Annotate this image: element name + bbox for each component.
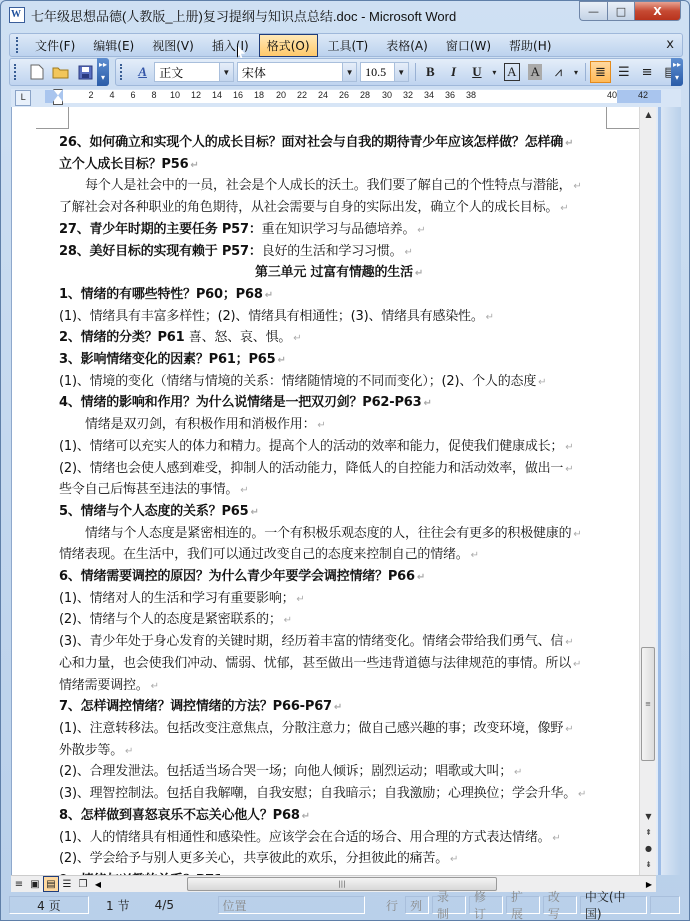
- question-heading: 6、情绪需要调控的原因？为什么青少年要学会调控情绪？P66↵: [59, 567, 619, 589]
- status-page[interactable]: 4 页: [9, 896, 89, 914]
- paragraph-mark-icon: ↵: [565, 724, 573, 735]
- ruler-tick: 24: [318, 90, 328, 100]
- paragraph-mark-icon: ↵: [423, 398, 431, 409]
- paragraph-text: 外散步等。: [59, 743, 123, 758]
- paragraph-text: (2)、情绪也会使人感到难受，抑制人的活动能力，降低人的自控能力和活动效率，做出…: [59, 461, 563, 476]
- question-heading: 28、美好目标的实现有赖于 P57：: [59, 244, 262, 259]
- question-heading: 1、情绪的有哪些特性？P60；P68↵: [59, 285, 619, 307]
- paragraph-mark-icon: ↵: [417, 225, 425, 236]
- style-select[interactable]: 正文 ▼: [154, 62, 234, 82]
- previous-page-button[interactable]: ⇞: [640, 825, 657, 841]
- paragraph-mark-icon: ↵: [125, 746, 133, 757]
- paragraph-text: 4、情绪的影响和作用？为什么说情绪是一把双刃剑？P62-P63: [59, 395, 421, 410]
- question-heading: 27、青少年时期的主要任务 P57：: [59, 222, 262, 237]
- paragraph-text: 每个人是社会中的一员，社会是个人成长的沃土。我们要了解自己的个性特点与潜能，: [85, 178, 571, 193]
- status-bar: 4 页 1 节 4/5 位置 行 列 录制 修订 扩展 改写 中文(中国): [9, 894, 683, 916]
- maximize-icon: □: [616, 5, 626, 18]
- paragraph-mark-icon: ↵: [317, 420, 325, 431]
- align-right-icon: ≡: [642, 65, 653, 80]
- close-button[interactable]: X: [635, 1, 681, 21]
- paragraph: 了解社会对各种职业的角色期待，从社会需要与自身的实际出发，确立个人的成长目标。↵: [59, 198, 619, 220]
- menu-view[interactable]: 视图(V): [144, 34, 202, 57]
- ruler-tick: 8: [151, 90, 156, 100]
- chevron-down-icon: ▼: [219, 63, 233, 81]
- menu-window[interactable]: 窗口(W): [438, 34, 499, 57]
- paragraph: 情绪是双刃剑，有积极作用和消极作用：↵: [59, 415, 619, 437]
- toolbar-options-button[interactable]: ▸▸▾: [671, 58, 683, 86]
- paragraph: (1)、注意转移法。包括改变注意焦点，分散注意力；做自己感兴趣的事；改变环境，像…: [59, 719, 619, 741]
- normal-view-button[interactable]: ≡: [11, 876, 27, 892]
- ruler-tick: 34: [424, 90, 434, 100]
- new-document-button[interactable]: [26, 61, 48, 83]
- paragraph-text: (3)、青少年处于身心发育的关键时期，经历着丰富的情绪变化。情绪会带给我们勇气、…: [59, 634, 563, 649]
- ruler-tick: 18: [254, 90, 264, 100]
- paragraph-mark-icon: ↵: [334, 702, 342, 713]
- paragraph-text: 7、怎样调控情绪？调控情绪的方法？P66-P67: [59, 699, 332, 714]
- toolbar-separator: [415, 63, 416, 81]
- question-heading: 3、影响情绪变化的因素？P61；P65↵: [59, 350, 619, 372]
- maximize-button[interactable]: □: [607, 1, 635, 21]
- style-value: 正文: [159, 64, 183, 81]
- paragraph-mark-icon: ↵: [240, 485, 248, 496]
- page-corner-mark: [36, 107, 69, 129]
- ruler-tick: 2: [88, 90, 93, 100]
- paragraph-text: (1)、情境的变化（情绪与情境的关系：情绪随情境的不同而变化）；(2)、个人的态…: [59, 374, 536, 389]
- font-size-select[interactable]: 10.5 ▼: [360, 62, 409, 82]
- paragraph-text: (1)、注意转移法。包括改变注意焦点，分散注意力；做自己感兴趣的事；改变环境，像…: [59, 721, 563, 736]
- paragraph-text: (3)、理智控制法。包括自我解嘲，自我安慰；自我暗示；自我激励；心理换位；学会升…: [59, 786, 576, 801]
- paragraph-mark-icon: ↵: [578, 789, 586, 800]
- minimize-button[interactable]: —: [579, 1, 607, 21]
- menu-help[interactable]: 帮助(H): [501, 34, 559, 57]
- minimize-icon: —: [588, 5, 599, 18]
- styles-icon: A: [138, 64, 147, 80]
- character-scaling-dropdown[interactable]: ▾: [571, 61, 581, 83]
- paragraph-text: 立个人成长目标？P56: [59, 157, 188, 172]
- character-border-button[interactable]: A: [501, 61, 522, 83]
- status-extend[interactable]: 扩展: [506, 896, 540, 914]
- status-language[interactable]: 中文(中国): [580, 896, 647, 914]
- paragraph: (1)、情绪可以充实人的体力和精力。提高个人的活动的效率和能力，促使我们健康成长…: [59, 437, 619, 459]
- ruler-tick: 42: [638, 90, 648, 100]
- paragraph-mark-icon: ↵: [538, 377, 546, 388]
- paragraph-text: 26、如何确立和实现个人的成长目标？面对社会与自我的期待青少年应该怎样做？怎样确: [59, 135, 563, 150]
- status-track-changes[interactable]: 修订: [469, 896, 503, 914]
- align-center-icon: ☰: [618, 65, 630, 80]
- bold-icon: B: [426, 64, 435, 80]
- center-button[interactable]: ☰: [613, 61, 634, 83]
- paragraph-mark-icon: ↵: [415, 268, 423, 279]
- paragraph-mark-icon: ↵: [552, 833, 560, 844]
- menu-file[interactable]: 文件(F): [27, 34, 83, 57]
- ruler-tick: 28: [360, 90, 370, 100]
- paragraph: 2、情绪的分类？P61 喜、怒、哀、惧。↵: [59, 328, 619, 350]
- toolbar-grip-handle[interactable]: [14, 64, 17, 80]
- bold-button[interactable]: B: [420, 61, 441, 83]
- paragraph: (2)、合理发泄法。包括适当场合哭一场；向他人倾诉；剧烈运动；唱歌或大叫；↵: [59, 762, 619, 784]
- paragraph: 些令自己后悔甚至违法的事情。↵: [59, 480, 619, 502]
- reading-layout-button[interactable]: ❐: [75, 876, 91, 892]
- paragraph-mark-icon: ↵: [277, 355, 285, 366]
- paragraph: (2)、学会给予与别人更多关心，共享彼此的欢乐，分担彼此的痛苦。↵: [59, 849, 619, 871]
- new-document-icon: [30, 64, 44, 80]
- paragraph-text: 3、影响情绪变化的因素？P61；P65: [59, 352, 275, 367]
- open-folder-icon: [52, 65, 70, 79]
- scroll-down-arrow[interactable]: ▼: [640, 809, 657, 825]
- window-right-frame: [656, 107, 681, 875]
- paragraph-text: 情绪与个人态度是紧密相连的。一个有积极乐观态度的人，往往会有更多的积极健康的: [85, 526, 571, 541]
- close-document-button[interactable]: x: [666, 37, 674, 52]
- ruler-tick: 26: [339, 90, 349, 100]
- question-heading: 4、情绪的影响和作用？为什么说情绪是一把双刃剑？P62-P63↵: [59, 393, 619, 415]
- status-column: 列: [405, 896, 429, 914]
- ruler-tick: 4: [109, 90, 114, 100]
- paragraph-mark-icon: ↵: [565, 442, 573, 453]
- character-shading-button[interactable]: A: [525, 61, 546, 83]
- normal-view-icon: ≡: [15, 879, 23, 890]
- paragraph-text: 情绪表现。在生活中，我们可以通过改变自己的态度来控制自己的情绪。: [59, 547, 469, 562]
- italic-button[interactable]: I: [443, 61, 464, 83]
- question-heading: 立个人成长目标？P56↵: [59, 155, 619, 177]
- underline-icon: U: [472, 64, 481, 80]
- vertical-scrollbar[interactable]: ▲ ≡ ▼ ⇞ ● ⇟: [639, 107, 656, 875]
- paragraph-mark-icon: ↵: [573, 529, 581, 540]
- char-shading-icon: A: [528, 64, 541, 80]
- print-layout-icon: ▤: [46, 879, 55, 890]
- status-page-of: 4/5: [151, 896, 215, 914]
- ruler-tick: 36: [445, 90, 455, 100]
- paragraph-mark-icon: ↵: [417, 572, 425, 583]
- horizontal-ruler[interactable]: L 2 4 6 8 10 12 14 16 18 20 22 24 26 28 …: [11, 89, 681, 107]
- paragraph-mark-icon: ↵: [573, 659, 581, 670]
- paragraph-mark-icon: ↵: [565, 464, 573, 475]
- ruler-tick: 14: [212, 90, 222, 100]
- paragraph-text: 情绪是双刃剑，有积极作用和消极作用：: [85, 417, 315, 432]
- menu-insert[interactable]: 插入(I): [204, 34, 257, 57]
- menu-format[interactable]: 格式(O): [259, 34, 318, 57]
- print-layout-button[interactable]: ▤: [43, 876, 59, 892]
- ruler-tick: 38: [466, 90, 476, 100]
- scroll-right-arrow[interactable]: ▶: [646, 880, 652, 889]
- underline-button[interactable]: U: [466, 61, 487, 83]
- paragraph: 心和力量，也会使我们冲动、懦弱、忧郁，甚至做出一些违背道德与法律规范的事情。所以…: [59, 654, 619, 676]
- ruler-tick: 10: [170, 90, 180, 100]
- menu-edit[interactable]: 编辑(E): [85, 34, 142, 57]
- paragraph-mark-icon: ↵: [265, 290, 273, 301]
- paragraph-mark-icon: ↵: [573, 181, 581, 192]
- question-heading: 5、情绪与个人态度的关系？P65↵: [59, 502, 619, 524]
- tab-selector-button[interactable]: L: [15, 90, 31, 106]
- status-section: 1 节: [88, 896, 148, 914]
- outline-view-button[interactable]: ☰: [59, 876, 75, 892]
- reading-layout-icon: ❐: [79, 879, 88, 890]
- question-heading: 26、如何确立和实现个人的成长目标？面对社会与自我的期待青少年应该怎样做？怎样确…: [59, 133, 619, 155]
- paragraph-text: 情绪需要调控。: [59, 678, 149, 693]
- toolbar-separator: [585, 63, 586, 81]
- paragraph-text: (1)、情绪可以充实人的体力和精力。提高个人的活动的效率和能力，促使我们健康成长…: [59, 439, 563, 454]
- standard-toolbar: ▸▸▾: [9, 58, 109, 86]
- paragraph: (1)、情绪具有丰富多样性；(2)、情绪具有相通性；(3)、情绪具有感染性。↵: [59, 307, 619, 329]
- close-icon: X: [653, 5, 661, 18]
- menu-bar: 文件(F) 编辑(E) 视图(V) 插入(I) 格式(O) 工具(T) 表格(A…: [9, 33, 683, 57]
- paragraph-mark-icon: ↵: [190, 160, 198, 171]
- scroll-up-arrow[interactable]: ▲: [640, 107, 657, 123]
- window-title: 七年级思想品德(人教版_上册)复习提纲与知识点总结.doc - Microsof…: [31, 6, 456, 25]
- paragraph-text: 心和力量，也会使我们冲动、懦弱、忧郁，甚至做出一些违背道德与法律规范的事情。所以: [59, 656, 571, 671]
- ruler-tick: 40: [607, 90, 617, 100]
- ruler-tick: 6: [130, 90, 135, 100]
- paragraph: (1)、人的情绪具有相通性和感染性。应该学会在合适的场合、用合理的方式表达情绪。…: [59, 828, 619, 850]
- paragraph: 外散步等。↵: [59, 741, 619, 763]
- paragraph: (1)、情境的变化（情绪与情境的关系：情绪随情境的不同而变化）；(2)、个人的态…: [59, 372, 619, 394]
- resize-grip[interactable]: [650, 896, 680, 914]
- paragraph-text: (2)、情绪与个人的态度是紧密联系的；: [59, 612, 282, 627]
- select-browse-object-button[interactable]: ●: [640, 841, 657, 857]
- toolbar-grip-handle[interactable]: [120, 64, 123, 80]
- question-heading: 8、怎样做到喜怒哀乐不忘关心他人？P68↵: [59, 806, 619, 828]
- paragraph: 28、美好目标的实现有赖于 P57：良好的生活和学习习惯。↵: [59, 242, 619, 264]
- paragraph-mark-icon: ↵: [293, 333, 301, 344]
- paragraph-mark-icon: ↵: [151, 681, 159, 692]
- toolbar-options-button[interactable]: ▸▸▾: [97, 58, 109, 86]
- paragraph: 每个人是社会中的一员，社会是个人成长的沃土。我们要了解自己的个性特点与潜能，↵: [59, 176, 619, 198]
- open-button[interactable]: [50, 61, 72, 83]
- paragraph: 情绪表现。在生活中，我们可以通过改变自己的态度来控制自己的情绪。↵: [59, 545, 619, 567]
- paragraph-text: (2)、合理发泄法。包括适当场合哭一场；向他人倾诉；剧烈运动；唱歌或大叫；: [59, 764, 512, 779]
- char-border-icon: A: [504, 63, 519, 81]
- section-heading: 第三单元 过富有情趣的生活↵: [59, 263, 619, 285]
- paragraph-text: (1)、情绪对人的生活和学习有重要影响；: [59, 591, 294, 606]
- menu-table[interactable]: 表格(A): [378, 34, 436, 57]
- next-page-button[interactable]: ⇟: [640, 857, 657, 873]
- paragraph-text: (1)、人的情绪具有相通性和感染性。应该学会在合适的场合、用合理的方式表达情绪。: [59, 830, 550, 845]
- web-layout-icon: ▣: [30, 879, 39, 890]
- word-window: 七年级思想品德(人教版_上册)复习提纲与知识点总结.doc - Microsof…: [0, 0, 690, 921]
- save-disk-icon: [78, 65, 93, 80]
- paragraph: (2)、情绪与个人的态度是紧密联系的；↵: [59, 610, 619, 632]
- font-value: 宋体: [242, 64, 266, 81]
- paragraph-text: 5、情绪与个人态度的关系？P65: [59, 504, 248, 519]
- paragraph-mark-icon: ↵: [471, 550, 479, 561]
- paragraph-mark-icon: ↵: [450, 854, 458, 865]
- question-heading: 2、情绪的分类？P61: [59, 330, 189, 345]
- paragraph: (1)、情绪对人的生活和学习有重要影响；↵: [59, 589, 619, 611]
- justify-button[interactable]: ≣: [590, 61, 611, 83]
- paragraph-text: 第三单元 过富有情趣的生活: [255, 265, 413, 280]
- paragraph-text: 喜、怒、哀、惧。: [189, 330, 291, 345]
- styles-formatting-button[interactable]: A: [132, 61, 153, 83]
- vertical-scroll-thumb[interactable]: ≡: [641, 647, 655, 761]
- italic-icon: I: [451, 64, 456, 80]
- scroll-left-arrow[interactable]: ◀: [91, 880, 105, 889]
- paragraph-mark-icon: ↵: [250, 507, 258, 518]
- document-body[interactable]: 26、如何确立和实现个人的成长目标？面对社会与自我的期待青少年应该怎样做？怎样确…: [59, 133, 619, 875]
- paragraph-mark-icon: ↵: [565, 637, 573, 648]
- paragraph-mark-icon: ↵: [302, 811, 310, 822]
- paragraph-mark-icon: ↵: [296, 594, 304, 605]
- paragraph-mark-icon: ↵: [514, 767, 522, 778]
- paragraph-mark-icon: ↵: [565, 138, 573, 149]
- chevron-down-icon: ▼: [342, 63, 356, 81]
- status-position: 位置: [218, 896, 366, 914]
- character-scaling-button[interactable]: ⩘: [548, 61, 569, 83]
- align-right-button[interactable]: ≡: [636, 61, 657, 83]
- ruler-tick: 20: [276, 90, 286, 100]
- ruler-tick: 32: [403, 90, 413, 100]
- paragraph-text: 1、情绪的有哪些特性？P60；P68: [59, 287, 263, 302]
- paragraph-text: 重在知识学习与品德培养。: [262, 222, 416, 237]
- web-layout-button[interactable]: ▣: [27, 876, 43, 892]
- paragraph-text: 6、情绪需要调控的原因？为什么青少年要学会调控情绪？P66: [59, 569, 415, 584]
- font-select[interactable]: 宋体 ▼: [237, 62, 357, 82]
- status-overtype[interactable]: 改写: [543, 896, 577, 914]
- font-size-value: 10.5: [365, 65, 386, 80]
- paragraph: 情绪需要调控。↵: [59, 676, 619, 698]
- paragraph: (3)、理智控制法。包括自我解嘲，自我安慰；自我暗示；自我激励；心理换位；学会升…: [59, 784, 619, 806]
- ruler-tick: 12: [191, 90, 201, 100]
- align-justify-icon: ≣: [595, 65, 606, 80]
- formatting-toolbar: A 正文 ▼ 宋体 ▼ 10.5 ▼ B I U ▾ A A ⩘ ▾ ≣: [115, 58, 683, 86]
- char-scale-icon: ⩘: [555, 65, 562, 80]
- menu-grip-handle[interactable]: [16, 37, 19, 53]
- save-button[interactable]: [74, 61, 96, 83]
- word-app-icon[interactable]: [9, 7, 25, 23]
- menu-tools[interactable]: 工具(T): [320, 34, 377, 57]
- underline-dropdown[interactable]: ▾: [490, 61, 500, 83]
- title-bar: 七年级思想品德(人教版_上册)复习提纲与知识点总结.doc - Microsof…: [1, 1, 689, 29]
- paragraph-mark-icon: ↵: [284, 615, 292, 626]
- chevron-down-icon: ▼: [394, 63, 408, 81]
- ruler-bar: 2 4 6 8 10 12 14 16 18 20 22 24 26 28 30…: [45, 90, 661, 103]
- paragraph-text: 8、怎样做到喜怒哀乐不忘关心他人？P68: [59, 808, 300, 823]
- ruler-tick: 16: [233, 90, 243, 100]
- status-record[interactable]: 录制: [432, 896, 466, 914]
- paragraph-text: (1)、情绪具有丰富多样性；(2)、情绪具有相通性；(3)、情绪具有感染性。: [59, 309, 484, 324]
- status-line: 行: [368, 896, 402, 914]
- paragraph: (2)、情绪也会使人感到难受，抑制人的活动能力，降低人的自控能力和活动效率，做出…: [59, 459, 619, 481]
- paragraph-text: (2)、学会给予与别人更多关心，共享彼此的欢乐，分担彼此的痛苦。: [59, 851, 448, 866]
- paragraph: (3)、青少年处于身心发育的关键时期，经历着丰富的情绪变化。情绪会带给我们勇气、…: [59, 632, 619, 654]
- paragraph-text: 了解社会对各种职业的角色期待，从社会需要与自身的实际出发，确立个人的成长目标。: [59, 200, 558, 215]
- paragraph-mark-icon: ↵: [404, 247, 412, 258]
- ruler-tick: 30: [382, 90, 392, 100]
- paragraph-text: 良好的生活和学习习惯。: [262, 244, 403, 259]
- paragraph: 27、青少年时期的主要任务 P57：重在知识学习与品德培养。↵: [59, 220, 619, 242]
- outline-view-icon: ☰: [63, 879, 72, 890]
- page-corner-mark: [606, 107, 639, 129]
- toolbar-row: ▸▸▾ A 正文 ▼ 宋体 ▼ 10.5 ▼ B I U ▾ A A ⩘: [9, 58, 683, 86]
- ruler-tick: 22: [297, 90, 307, 100]
- paragraph-mark-icon: ↵: [560, 203, 568, 214]
- question-heading: 7、怎样调控情绪？调控情绪的方法？P66-P67↵: [59, 697, 619, 719]
- paragraph: 情绪与个人态度是紧密相连的。一个有积极乐观态度的人，往往会有更多的积极健康的↵: [59, 524, 619, 546]
- paragraph-text: 些令自己后悔甚至违法的事情。: [59, 482, 238, 497]
- first-line-indent-marker[interactable]: [53, 89, 63, 106]
- document-page[interactable]: 26、如何确立和实现个人的成长目标？面对社会与自我的期待青少年应该怎样做？怎样确…: [11, 107, 639, 875]
- paragraph-mark-icon: ↵: [486, 312, 494, 323]
